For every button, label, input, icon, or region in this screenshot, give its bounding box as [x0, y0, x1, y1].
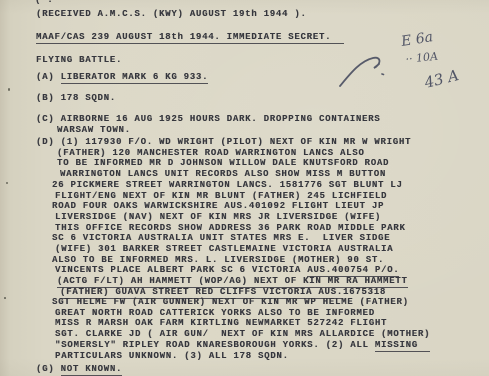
document-line: FLYING BATTLE. [36, 55, 122, 65]
text-run: SGT. CLARKE JD ( AIR GUN/ NEXT OF KIN MR… [55, 329, 430, 339]
annotation-reference-2: ·· 10A [405, 50, 439, 66]
document-line: 26 PICKMERE STREET WARRINGTON LANCS. 158… [52, 180, 403, 190]
document-line: LIVERSIDGE (NAV) NEXT OF KIN MRS JR LIVE… [55, 212, 381, 222]
underlined-text-run: (ACTG F/LT) AH HAMMETT (WOP/AG) NEXT OF … [57, 276, 408, 288]
handwritten-annotations: E 6a ·· 10A 43 A [330, 22, 489, 137]
text-run: LIVERSIDGE (NAV) NEXT OF KIN MRS JR LIVE… [55, 212, 381, 222]
text-run: (G) [36, 364, 61, 374]
text-run: (D) (1) 117930 F/O. WD WRIGHT (PILOT) NE… [36, 137, 411, 147]
underlined-text-run: MISSING [375, 340, 430, 352]
document-line: (FATHER) 120 MANCHESTER ROAD WARRINGTON … [57, 148, 365, 158]
document-line: PARTICULARS UNKNOWN. (3) ALL 178 SQDN. [55, 351, 289, 361]
document-line: (A) LIBERATOR MARK 6 KG 933. [36, 72, 208, 82]
cropped-line-fragment: ( . [35, 0, 53, 5]
text-run: VINCENTS PLACE ALBERT PARK SC 6 VICTORIA [55, 265, 307, 275]
document-line: SC 6 VICTORIA AUSTRALIA UNIT STATES MRS … [52, 233, 390, 243]
paper-speck [8, 88, 10, 91]
text-run: 1675318 [343, 287, 386, 297]
handwritten-initials-mark [340, 58, 380, 86]
document-line: (WIFE) 301 BARKER STREET CASTLEMAINE VIC… [55, 244, 393, 254]
document-line: MAAF/CAS 239 AUGUST 18th 1944. IMMEDIATE… [36, 32, 344, 42]
text-run: GREAT NORTH ROAD CATTERICK YORKS ALSO TO… [55, 308, 375, 318]
underlined-text-run: MAAF/CAS 239 AUGUST 18th 1944. IMMEDIATE… [36, 32, 344, 44]
document-line: "SOMERSLY" RIPLEY ROAD KNARESBOROUGH YOR… [55, 340, 430, 350]
paper-speck [4, 297, 6, 299]
text-run: (C) AIRBORNE 16 AUG 1925 HOURS DARK. DRO… [36, 114, 380, 124]
annotation-reference-1: E 6a [399, 29, 434, 50]
text-run: (RECEIVED A.M.C.S. (KWY) AUGUST 19th 194… [36, 9, 307, 19]
text-run: WARSAW TOWN. [57, 125, 131, 135]
text-run: TO BE INFORMED MR D JOHNSON WILLOW DALE … [57, 158, 389, 168]
text-run: ROAD FOUR OAKS WARWICKSHIRE AUS.401092 F… [52, 201, 384, 211]
document-line: GREAT NORTH ROAD CATTERICK YORKS ALSO TO… [55, 308, 375, 318]
text-run: SC 6 VICTORIA AUSTRALIA UNIT STATES MRS … [52, 233, 390, 243]
document-line: (RECEIVED A.M.C.S. (KWY) AUGUST 19th 194… [36, 9, 307, 19]
document-line: (FATHER) GUAVA STREET RED CLIFFS VICTORI… [60, 287, 386, 297]
document-page: ( . (RECEIVED A.M.C.S. (KWY) AUGUST 19th… [0, 0, 489, 376]
text-run: MISS R MARSH OAK FARM KIRTLING NEWMARKET… [55, 318, 387, 328]
text-run: (FATHER) 120 MANCHESTER ROAD WARRINGTON … [57, 148, 365, 158]
document-line: SGT. CLARKE JD ( AIR GUN/ NEXT OF KIN MR… [55, 329, 430, 339]
text-run: PARTICULARS UNKNOWN. (3) ALL 178 SQDN. [55, 351, 289, 361]
pen-dot-mark [382, 74, 384, 75]
document-line: (C) AIRBORNE 16 AUG 1925 HOURS DARK. DRO… [36, 114, 380, 124]
paper-speck [6, 182, 8, 184]
underlined-text-run: LIBERATOR MARK 6 KG 933. [61, 72, 209, 84]
document-line: SGT HELME FW (AIR GUNNER) NEXT OF KIN MR… [52, 297, 409, 307]
document-line: ROAD FOUR OAKS WARWICKSHIRE AUS.401092 F… [52, 201, 384, 211]
document-line: (B) 178 SQDN. [36, 93, 116, 103]
document-line: (ACTG F/LT) AH HAMMETT (WOP/AG) NEXT OF … [57, 276, 408, 286]
underlined-text-run: NOT KNOWN. [61, 364, 123, 376]
document-line: VINCENTS PLACE ALBERT PARK SC 6 VICTORIA… [55, 265, 399, 275]
text-run: (A) [36, 72, 61, 82]
text-run: FLIGHT/ENG NEXT OF KIN MR BLUNT (FATHER)… [55, 191, 387, 201]
document-line: THIS OFFICE RECORDS SHOW ADDRESS 36 PARK… [55, 223, 406, 233]
document-line: (D) (1) 117930 F/O. WD WRIGHT (PILOT) NE… [36, 137, 411, 147]
text-run: ALSO TO BE INFORMED MRS. L. LIVERSIDGE (… [52, 255, 384, 265]
text-run: WARRINGTON LANCS UNIT RECORDS ALSO SHOW … [60, 169, 386, 179]
annotation-reference-3: 43 A [422, 66, 461, 92]
text-run: 26 PICKMERE STREET WARRINGTON LANCS. 158… [52, 180, 403, 190]
document-line: (G) NOT KNOWN. [36, 364, 122, 374]
document-line: MISS R MARSH OAK FARM KIRTLING NEWMARKET… [55, 318, 387, 328]
document-line: WARRINGTON LANCS UNIT RECORDS ALSO SHOW … [60, 169, 386, 179]
document-line: TO BE INFORMED MR D JOHNSON WILLOW DALE … [57, 158, 389, 168]
underlined-text-run: AUS.400754 P/O. [307, 265, 399, 277]
text-run: THIS OFFICE RECORDS SHOW ADDRESS 36 PARK… [55, 223, 406, 233]
document-line: WARSAW TOWN. [57, 125, 131, 135]
document-line: FLIGHT/ENG NEXT OF KIN MR BLUNT (FATHER)… [55, 191, 387, 201]
document-line: ALSO TO BE INFORMED MRS. L. LIVERSIDGE (… [52, 255, 384, 265]
text-run: (B) 178 SQDN. [36, 93, 116, 103]
text-run: (WIFE) 301 BARKER STREET CASTLEMAINE VIC… [55, 244, 393, 254]
text-run: "SOMERSLY" RIPLEY ROAD KNARESBOROUGH YOR… [55, 340, 375, 350]
text-run: FLYING BATTLE. [36, 55, 122, 65]
text-run: SGT HELME FW (AIR GUNNER) NEXT OF KIN MR… [52, 297, 409, 307]
